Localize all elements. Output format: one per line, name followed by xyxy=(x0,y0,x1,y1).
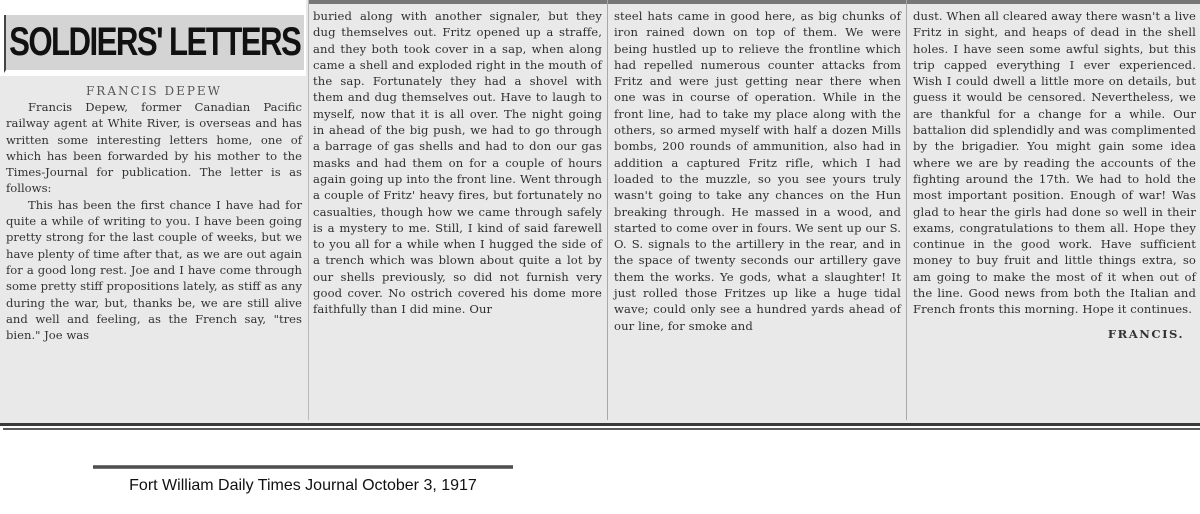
column-4: dust. When all cleared away there wasn't… xyxy=(906,0,1200,420)
headline-text: SOLDIERS' LETTERS xyxy=(9,20,300,65)
column-4-text: dust. When all cleared away there wasn't… xyxy=(913,8,1196,318)
headline: SOLDIERS' LETTERS xyxy=(4,15,304,73)
headline-area: SOLDIERS' LETTERS xyxy=(0,0,306,76)
intro-paragraph: Francis Depew, former Canadian Pacific r… xyxy=(6,99,302,197)
letter-paragraph-1: This has been the first chance I have ha… xyxy=(6,197,302,344)
newspaper-clipping: SOLDIERS' LETTERS FRANCIS DEPEW Francis … xyxy=(0,0,1200,426)
byline: FRANCIS DEPEW xyxy=(6,84,302,98)
column-2: buried along with another signaler, but … xyxy=(308,0,606,420)
source-caption: Fort William Daily Times Journal October… xyxy=(93,477,513,495)
signoff: FRANCIS. xyxy=(913,326,1196,342)
column-2-text: buried along with another signaler, but … xyxy=(313,8,602,318)
column-3-text: steel hats came in good here, as big chu… xyxy=(614,8,901,334)
caption-rule xyxy=(93,465,513,469)
column-3: steel hats came in good here, as big chu… xyxy=(607,0,905,420)
column-1: FRANCIS DEPEW Francis Depew, former Cana… xyxy=(6,80,302,343)
